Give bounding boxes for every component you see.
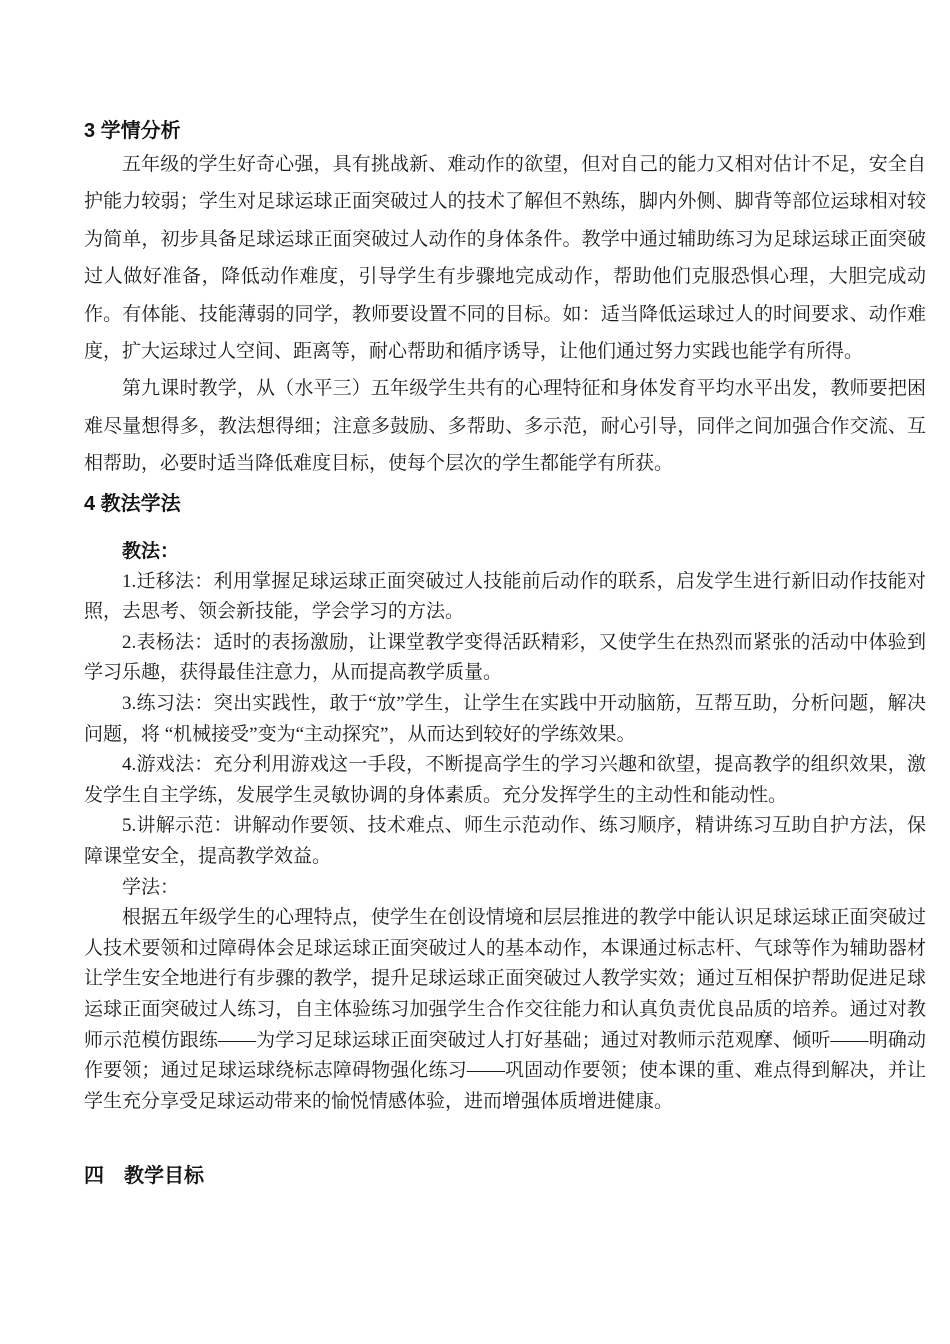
teaching-methods-label: 教法： <box>84 537 926 567</box>
heading-teaching-objectives: 四 教学目标 <box>84 1161 926 1191</box>
teaching-method-item-2: 2.表杨法：适时的表扬激励，让课堂教学变得活跃精彩，又使学生在热烈而紧张的活动中… <box>84 628 926 689</box>
teaching-method-item-1: 1.迁移法：利用掌握足球运球正面突破过人技能前后动作的联系，启发学生进行新旧动作… <box>84 567 926 628</box>
learning-methods-paragraph: 根据五年级学生的心理特点，使学生在创设情境和层层推进的教学中能认识足球运球正面突… <box>84 903 926 1117</box>
teaching-method-item-4: 4.游戏法：充分利用游戏这一手段，不断提高学生的学习兴趣和欲望，提高教学的组织效… <box>84 750 926 811</box>
learning-methods-label: 学法： <box>84 873 926 904</box>
analysis-paragraph-1: 五年级的学生好奇心强，具有挑战新、难动作的欲望，但对自己的能力又相对估计不足，安… <box>84 146 926 370</box>
document-page: 3 学情分析 五年级的学生好奇心强，具有挑战新、难动作的欲望，但对自己的能力又相… <box>0 0 950 1344</box>
teaching-method-item-5: 5.讲解示范：讲解动作要领、技术难点、师生示范动作、练习顺序，精讲练习互助自护方… <box>84 811 926 872</box>
heading-teaching-learning-methods: 4 教法学法 <box>84 489 926 519</box>
analysis-paragraph-2: 第九课时教学，从（水平三）五年级学生共有的心理特征和身体发育平均水平出发，教师要… <box>84 370 926 482</box>
teaching-method-item-3: 3.练习法：突出实践性，敢于“放”学生，让学生在实践中开动脑筋，互帮互助，分析问… <box>84 689 926 750</box>
heading-learning-analysis: 3 学情分析 <box>84 116 926 146</box>
